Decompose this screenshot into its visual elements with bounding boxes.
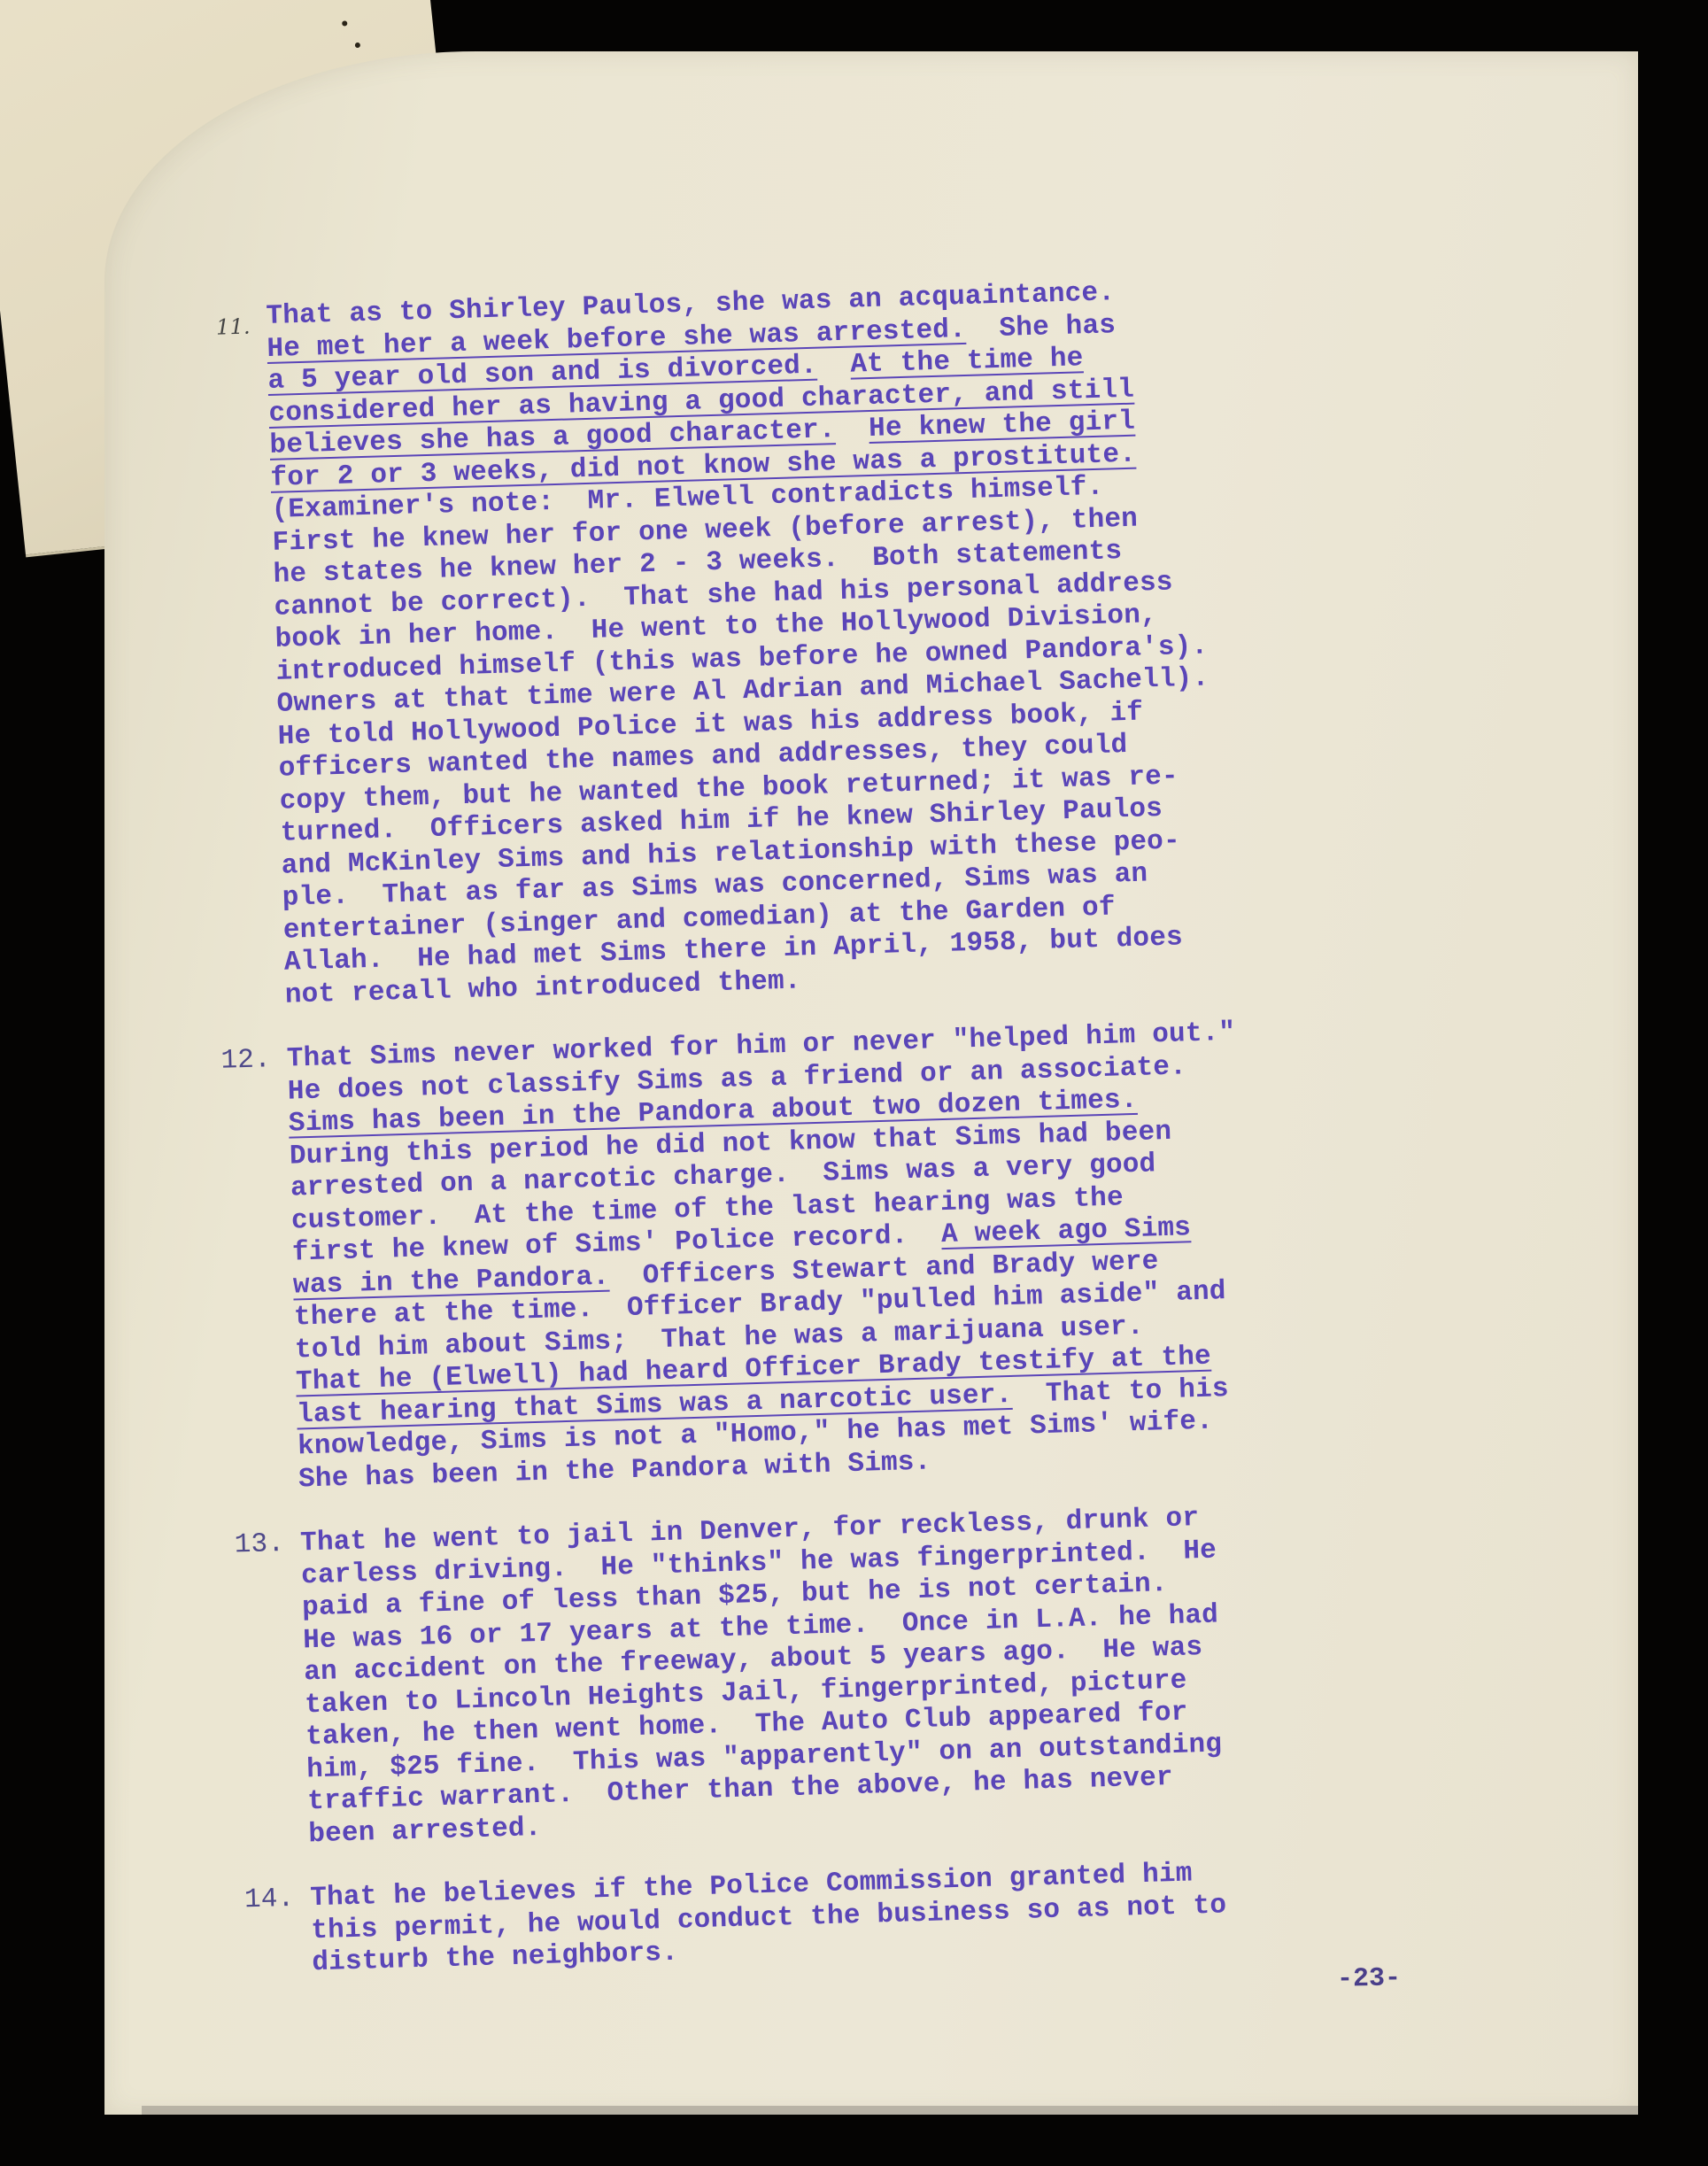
bleed-through-text (0, 0, 112, 200)
numbered-paragraph: 14.That he believes if the Police Commis… (310, 1849, 1517, 1979)
staple-hole (355, 43, 361, 49)
paragraph-number: 13. (222, 1528, 285, 1562)
numbered-paragraph: 11.That as to Shirley Paulos, she was an… (266, 267, 1489, 1012)
numbered-paragraph: 13.That he went to jail in Denver, for r… (300, 1494, 1513, 1851)
text-segment (835, 414, 869, 445)
text-segment: been arrested. (308, 1812, 542, 1849)
text-segment: She has (965, 310, 1116, 345)
page-number: -23- (1337, 1963, 1402, 1994)
numbered-paragraph: 12.That Sims never worked for him or nev… (286, 1010, 1503, 1497)
underlined-text: At the time he (850, 343, 1084, 380)
text-segment (816, 350, 851, 382)
page-stack-edge (142, 2106, 1638, 2115)
underlined-text: A week ago Sims (941, 1212, 1192, 1250)
staple-hole (342, 20, 348, 27)
paragraph-number: 14. (232, 1884, 295, 1917)
text-segment: That to his (1012, 1373, 1229, 1411)
typed-content: 11.That as to Shirley Paulos, she was an… (266, 267, 1517, 2012)
paragraph-number: 11. (188, 310, 251, 344)
paragraph-number: 12. (208, 1044, 271, 1078)
